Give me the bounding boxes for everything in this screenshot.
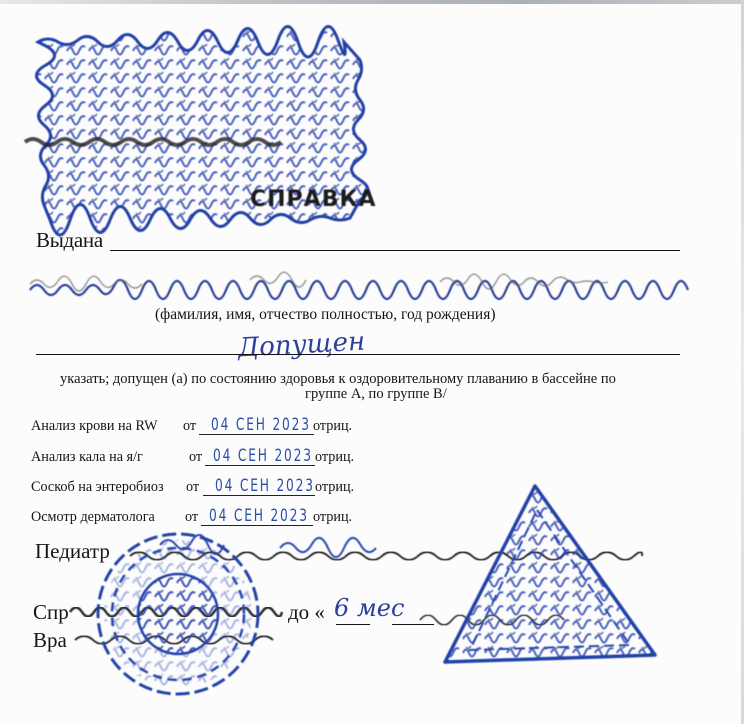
test-result: отриц.	[315, 479, 354, 496]
pediatrician-label: Педиатр	[35, 539, 110, 564]
test-result: отриц.	[313, 509, 352, 526]
name-caption: (фамилия, имя, отчество полностью, год р…	[155, 306, 496, 324]
obscured-name-handwriting	[30, 272, 688, 299]
test-row: Анализ крови на RW от 04 СЕН 2023 отриц.	[31, 418, 371, 438]
certificate-page: СПРАВКА Выдана (фамилия, имя, отчес	[0, 0, 744, 724]
test-from-label: от	[186, 479, 199, 496]
test-from-label: от	[189, 449, 202, 466]
validity-month-line	[392, 624, 434, 625]
triangle-stamp	[445, 486, 655, 662]
test-name: Анализ крови на RW	[31, 418, 158, 435]
test-result: отриц.	[315, 449, 354, 466]
issued-to-line	[110, 250, 680, 251]
round-stamp	[98, 534, 258, 694]
test-from-label: от	[185, 509, 198, 526]
test-result: отриц.	[313, 418, 352, 435]
test-name: Осмотр дерматолога	[31, 509, 155, 526]
pediatrician-signature-line	[130, 552, 642, 560]
validity-label: Спр	[33, 600, 69, 625]
validity-handwriting: 6 мес	[334, 594, 404, 622]
test-date-stamp: 04 СЕН 2023	[213, 446, 313, 466]
test-row: Осмотр дерматолога от 04 СЕН 2023 отриц.	[31, 509, 371, 529]
decision-line	[36, 354, 680, 355]
test-name: Анализ кала на я/г	[31, 449, 143, 466]
test-date-stamp: 04 СЕН 2023	[211, 415, 311, 435]
test-row: Соскоб на энтеробиоз от 04 СЕН 2023 отри…	[31, 479, 371, 499]
test-row: Анализ кала на я/г от 04 СЕН 2023 отриц.	[31, 449, 371, 469]
validity-day-line	[336, 624, 370, 625]
test-date-stamp: 04 СЕН 2023	[209, 506, 309, 526]
test-name: Соскоб на энтеробиоз	[31, 479, 164, 496]
test-from-label: от	[183, 418, 196, 435]
validity-until-label: до «	[288, 600, 325, 625]
header-stamp: СПРАВКА	[25, 26, 377, 235]
issued-to-label: Выдана	[36, 228, 103, 253]
decision-note-line-2: группе А, по группе В/	[305, 386, 447, 403]
scan-top-edge	[0, 0, 744, 4]
doctor-label: Вра	[33, 628, 67, 653]
header-stamp-title: СПРАВКА	[250, 187, 377, 212]
decision-handwriting: Допущен	[237, 327, 366, 364]
test-date-stamp: 04 СЕН 2023	[215, 476, 315, 496]
